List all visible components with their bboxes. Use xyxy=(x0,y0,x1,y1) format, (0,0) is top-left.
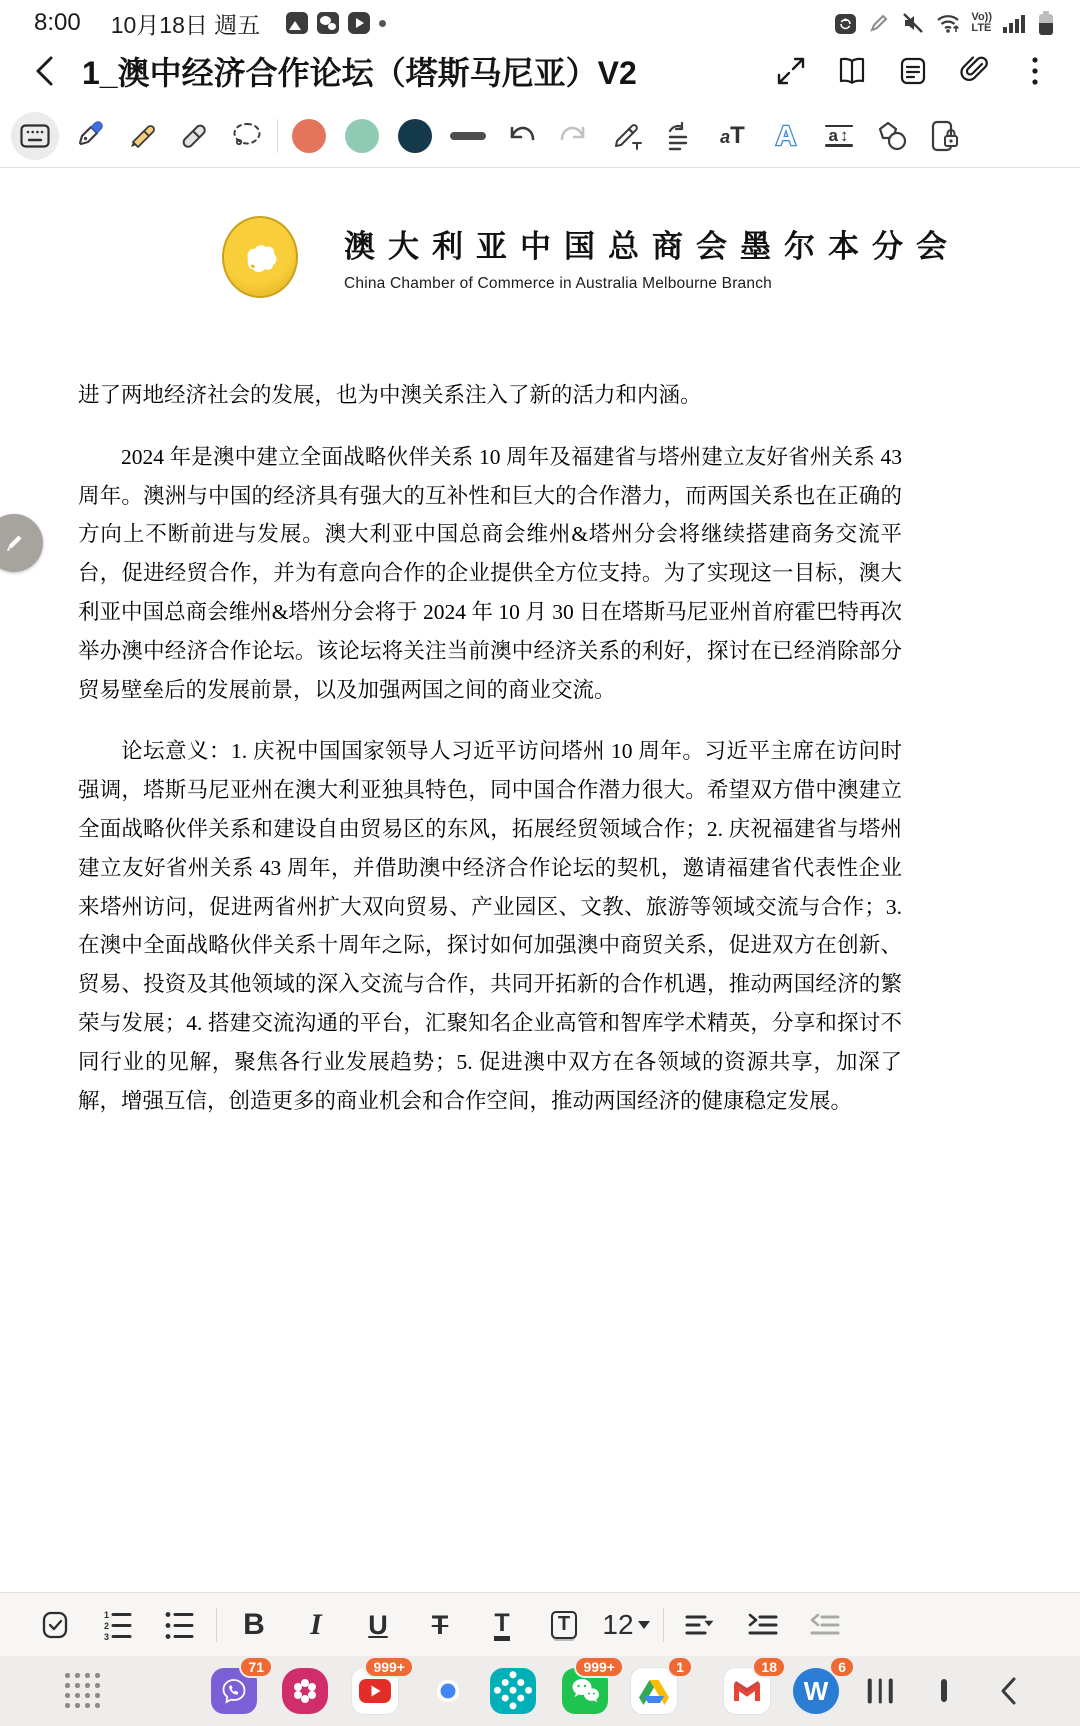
app-flower[interactable] xyxy=(282,1668,328,1714)
home-icon xyxy=(941,1679,947,1702)
eraser-tool-button[interactable] xyxy=(167,108,220,164)
org-name-english: China Chamber of Commerce in Australia M… xyxy=(344,275,960,293)
paragraph: 进了两地经济社会的发展，也为中澳关系注入了新的活力和内涵。 xyxy=(78,376,902,415)
app-drawer-button[interactable] xyxy=(65,1673,101,1709)
badge-count: 18 xyxy=(752,1656,786,1678)
viber-icon: 71 xyxy=(211,1668,257,1714)
nav-back-button[interactable] xyxy=(999,1676,1017,1706)
volte-icon: Vo)) LTE xyxy=(971,12,992,34)
beautify-handwriting-button[interactable]: A xyxy=(759,108,812,164)
toolbar-divider xyxy=(216,1608,217,1642)
app-gmail[interactable]: 18 xyxy=(723,1667,771,1715)
status-bar: 8:00 10月18日 週五 Vo)) LTE xyxy=(0,0,1080,42)
dark-color-icon xyxy=(398,119,432,153)
bold-button[interactable]: B xyxy=(223,1597,285,1653)
word-letter: W xyxy=(804,1676,829,1707)
convert-to-text-icon: aT xyxy=(720,122,745,150)
youtube-icon: 999+ xyxy=(351,1667,399,1715)
text-highlight-icon: T xyxy=(551,1611,577,1639)
youtube-notification-icon xyxy=(348,12,370,34)
battery-icon xyxy=(1038,10,1054,36)
paragraph: 论坛意义：1. 庆祝中国国家领导人习近平访问塔州 10 周年。习近平主席在访问时… xyxy=(78,732,902,1120)
checkbox-list-button[interactable] xyxy=(24,1597,86,1653)
bullet-list-button[interactable] xyxy=(148,1597,210,1653)
shape-recognition-button[interactable] xyxy=(865,108,918,164)
numbered-list-icon: 123 xyxy=(100,1608,134,1642)
straighten-text-icon xyxy=(662,119,698,153)
ccca-logo-icon xyxy=(222,216,298,298)
beautify-a-icon: A xyxy=(769,119,803,153)
attach-button[interactable] xyxy=(957,54,991,88)
svg-text:1: 1 xyxy=(104,1610,109,1620)
italic-button[interactable]: I xyxy=(285,1597,347,1653)
screen-lock-button[interactable] xyxy=(918,108,971,164)
strikethrough-icon: T xyxy=(432,1610,449,1641)
mute-icon xyxy=(901,11,925,35)
keyboard-tool-button[interactable] xyxy=(8,108,61,164)
battery-saver-icon xyxy=(834,12,857,35)
note-title[interactable]: 1_澳中经济合作论坛（塔斯马尼亚）V2 xyxy=(82,48,774,94)
color-swatch-dark-button[interactable] xyxy=(388,108,441,164)
badge-count: 999+ xyxy=(364,1656,414,1678)
pen-icon xyxy=(71,119,105,153)
pen-tool-button[interactable] xyxy=(61,108,114,164)
note-body-text: 进了两地经济社会的发展，也为中澳关系注入了新的活力和内涵。 2024 年是澳中建… xyxy=(78,376,902,1120)
indent-increase-icon xyxy=(746,1610,780,1640)
undo-button[interactable] xyxy=(494,108,547,164)
chevron-down-icon xyxy=(638,1621,650,1629)
app-fitbit[interactable] xyxy=(490,1668,536,1714)
underline-button[interactable]: U xyxy=(347,1597,409,1653)
app-youtube[interactable]: 999+ xyxy=(351,1667,399,1715)
fullscreen-expand-button[interactable] xyxy=(774,54,808,88)
font-size-dropdown[interactable]: 12 xyxy=(595,1597,657,1653)
text-highlight-button[interactable]: T xyxy=(533,1597,595,1653)
more-notifications-dot-icon xyxy=(379,20,386,27)
lasso-select-tool-button[interactable] xyxy=(220,108,273,164)
line-spacing-icon: a↕ xyxy=(825,125,853,147)
fitbit-icon xyxy=(490,1668,536,1714)
text-color-icon: T xyxy=(494,1610,509,1641)
app-grid-icon xyxy=(65,1673,101,1709)
indent-decrease-icon xyxy=(808,1610,842,1640)
badge-count: 6 xyxy=(829,1656,855,1678)
redo-icon xyxy=(557,120,591,152)
badge-count: 999+ xyxy=(574,1656,624,1678)
gallery-notification-icon xyxy=(286,12,308,34)
line-spacing-button[interactable]: a↕ xyxy=(812,108,865,164)
more-options-button[interactable] xyxy=(1018,54,1052,88)
indent-decrease-button[interactable] xyxy=(794,1597,856,1653)
note-header: 1_澳中经济合作论坛（塔斯马尼亚）V2 xyxy=(0,38,1080,104)
note-page[interactable]: 澳大利亚中国总商会墨尔本分会 China Chamber of Commerce… xyxy=(0,168,1080,1592)
recents-icon xyxy=(868,1679,893,1704)
back-nav-icon xyxy=(999,1676,1017,1706)
google-drive-icon: 1 xyxy=(630,1667,678,1715)
eraser-icon xyxy=(177,119,211,153)
redo-button[interactable] xyxy=(547,108,600,164)
taskbar: 71 999+ 999+ 1 1 xyxy=(0,1656,1080,1726)
line-thickness-icon xyxy=(450,132,486,140)
status-date: 10月18日 週五 xyxy=(111,7,261,40)
teal-color-icon xyxy=(345,119,379,153)
color-swatch-teal-button[interactable] xyxy=(335,108,388,164)
text-format-toolbar: 123 B I U T T T 12 xyxy=(0,1592,1080,1657)
convert-to-text-button[interactable]: aT xyxy=(706,108,759,164)
app-wechat[interactable]: 999+ xyxy=(562,1668,608,1714)
align-icon xyxy=(683,1610,719,1640)
app-viber[interactable]: 71 xyxy=(211,1668,257,1714)
shapes-icon xyxy=(874,119,910,153)
indent-increase-button[interactable] xyxy=(732,1597,794,1653)
coral-color-icon xyxy=(292,119,326,153)
spen-connected-icon xyxy=(867,11,891,35)
color-swatch-coral-button[interactable] xyxy=(282,108,335,164)
reading-mode-button[interactable] xyxy=(835,54,869,88)
svg-text:3: 3 xyxy=(104,1632,109,1642)
handwriting-pen-text-button[interactable] xyxy=(600,108,653,164)
auto-straighten-button[interactable] xyxy=(653,108,706,164)
bullet-list-icon xyxy=(162,1608,196,1642)
align-dropdown-button[interactable] xyxy=(670,1597,732,1653)
signal-strength-icon xyxy=(1002,12,1028,34)
highlighter-icon xyxy=(124,119,158,153)
undo-icon xyxy=(504,120,538,152)
line-thickness-button[interactable] xyxy=(441,108,494,164)
app-google-drive[interactable]: 1 xyxy=(630,1667,678,1715)
checkbox-icon xyxy=(40,1609,70,1641)
numbered-list-button[interactable]: 123 xyxy=(86,1597,148,1653)
wechat-notification-icon xyxy=(317,12,339,34)
pencil-icon xyxy=(1,530,27,556)
badge-count: 1 xyxy=(667,1656,693,1678)
pen-with-text-icon xyxy=(609,119,645,153)
notification-icons xyxy=(286,12,386,34)
toolbar-divider xyxy=(663,1608,664,1642)
back-button[interactable] xyxy=(28,54,62,88)
nav-recents-button[interactable] xyxy=(868,1679,893,1704)
svg-text:2: 2 xyxy=(104,1621,109,1631)
highlighter-tool-button[interactable] xyxy=(114,108,167,164)
paragraph: 2024 年是澳中建立全面战略伙伴关系 10 周年及福建省与塔州建立友好省州关系… xyxy=(78,438,902,710)
lasso-select-icon xyxy=(229,119,265,153)
word-icon: W 6 xyxy=(793,1668,839,1714)
app-word[interactable]: W 6 xyxy=(793,1668,839,1714)
wifi-icon xyxy=(935,11,961,35)
org-name-chinese: 澳大利亚中国总商会墨尔本分会 xyxy=(344,221,960,266)
nav-home-button[interactable] xyxy=(941,1682,947,1700)
pen-toolbar: aT A a↕ xyxy=(0,104,1080,168)
font-size-value: 12 xyxy=(602,1609,633,1641)
gmail-icon: 18 xyxy=(723,1667,771,1715)
strikethrough-button[interactable]: T xyxy=(409,1597,471,1653)
flower-app-icon xyxy=(282,1668,328,1714)
keyboard-icon xyxy=(11,112,59,160)
toolbar-divider xyxy=(277,119,278,153)
wechat-icon: 999+ xyxy=(562,1668,608,1714)
page-overview-button[interactable] xyxy=(896,54,930,88)
phone-lock-icon xyxy=(929,119,961,153)
organization-logo-block: 澳大利亚中国总商会墨尔本分会 China Chamber of Commerce… xyxy=(222,216,1080,298)
clock: 8:00 xyxy=(34,9,81,37)
text-color-button[interactable]: T xyxy=(471,1597,533,1653)
svg-text:A: A xyxy=(775,120,795,151)
badge-count: 71 xyxy=(239,1656,273,1678)
